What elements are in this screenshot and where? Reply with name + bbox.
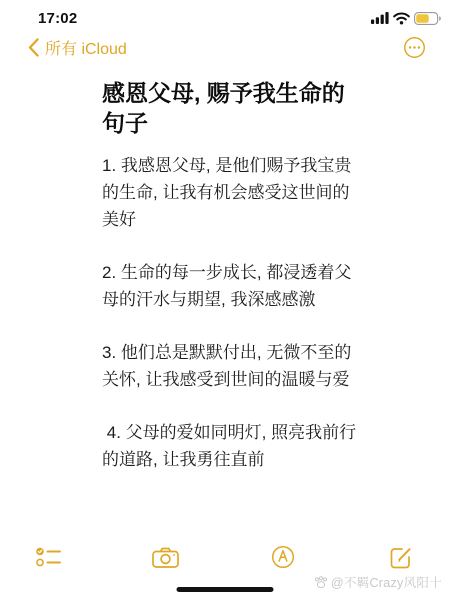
compose-icon [388, 545, 413, 570]
camera-icon [152, 547, 179, 568]
paw-icon [314, 576, 328, 589]
status-time: 17:02 [38, 10, 77, 27]
note-paragraph-1[interactable]: 1. 我感恩父母, 是他们赐予我宝贵的生命, 让我有机会感受这世间的美好 [102, 152, 357, 233]
markup-button[interactable] [261, 541, 305, 573]
back-button-label: 所有 iCloud [45, 36, 127, 59]
status-icons [371, 12, 441, 25]
checklist-button[interactable] [26, 541, 70, 573]
checklist-icon [35, 546, 62, 568]
watermark-text: @不羁Crazy风阳十 [331, 573, 442, 591]
more-options-button[interactable] [403, 36, 426, 59]
status-bar: 17:02 [0, 0, 449, 30]
chevron-left-icon [28, 38, 39, 57]
note-paragraph-2[interactable]: 2. 生命的每一步成长, 都浸透着父母的汗水与期望, 我深感感激 [102, 259, 357, 313]
markup-pen-icon [271, 545, 295, 569]
ellipsis-circle-icon [403, 36, 426, 59]
note-paragraph-4[interactable]: 4. 父母的爱如同明灯, 照亮我前行的道路, 让我勇往直前 [102, 419, 357, 473]
bottom-toolbar [0, 541, 449, 573]
nav-bar: 所有 iCloud [0, 30, 449, 64]
battery-icon [414, 12, 441, 25]
watermark: @不羁Crazy风阳十 [314, 573, 442, 591]
cellular-signal-icon [371, 12, 389, 24]
note-editor[interactable]: 感恩父母, 赐予我生命的句子 1. 我感恩父母, 是他们赐予我宝贵的生命, 让我… [0, 64, 449, 499]
camera-button[interactable] [144, 541, 188, 573]
compose-button[interactable] [379, 541, 423, 573]
note-title[interactable]: 感恩父母, 赐予我生命的句子 [102, 78, 357, 138]
home-indicator[interactable] [176, 587, 273, 592]
wifi-icon [393, 12, 410, 25]
back-button[interactable]: 所有 iCloud [28, 36, 127, 59]
note-paragraph-3[interactable]: 3. 他们总是默默付出, 无微不至的关怀, 让我感受到世间的温暖与爱 [102, 339, 357, 393]
notes-app-screen: 17:02 [0, 0, 449, 600]
